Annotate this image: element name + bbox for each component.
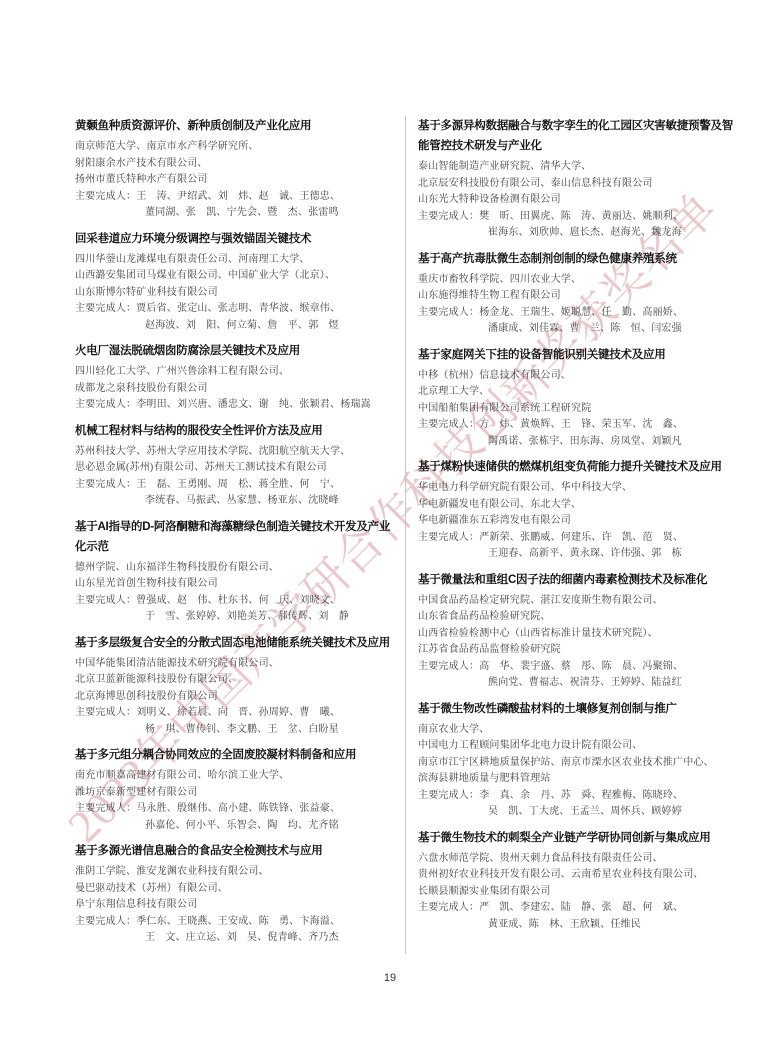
organization-line: 山东光大特种设备检测有限公司 — [418, 192, 737, 209]
award-entry: 基于煤粉快速储供的燃煤机组变负荷能力提升关键技术及应用华电电力科学研究院有限公司… — [418, 457, 737, 563]
organization-line: 思必恩金属(苏州)有限公司、苏州天工测试技术有限公司 — [75, 460, 394, 477]
organization-line: 南京农业大学、 — [418, 722, 737, 739]
organization-line: 六盘水师范学院、贵州天刺力食品科技有限责任公司、 — [418, 851, 737, 868]
contributors-line: 主要完成人：刘明义、徐若晨、向 晋、孙周婷、曹 曦、 — [75, 705, 394, 722]
organization-line: 中国食品药品检定研究院、湛江安度斯生物有限公司、 — [418, 593, 737, 610]
entry-title: 回采巷道应力环境分级调控与强效锚固关键技术 — [75, 229, 394, 249]
organization-line: 山东斯博尔特矿业科技有限公司 — [75, 285, 394, 302]
organization-line: 华电电力科学研究院有限公司、华中科技大学、 — [418, 480, 737, 497]
contributors-line: 主要完成人：李明田、刘兴唐、潘忠文、谢 纯、张颖君、杨瑞嵩 — [75, 397, 394, 414]
award-entry: 基于AI指导的D-阿洛酮糖和海藻糖绿色制造关键技术开发及产业化示范德州学院、山东… — [75, 517, 394, 626]
organization-line: 华电新疆发电有限公司、东北大学、 — [418, 497, 737, 514]
award-entry: 基于多层级复合安全的分散式固态电池储能系统关键技术及应用中国华能集团清洁能源技术… — [75, 633, 394, 739]
award-entry: 火电厂湿法脱硫烟囱防腐涂层关键技术及应用四川轻化工大学、广州兴鲁涂料工程有限公司… — [75, 341, 394, 414]
contributors-line: 潘康成、刘佳霖、曹 兰、陈 恒、闫宏强 — [418, 321, 737, 338]
entry-title: 基于AI指导的D-阿洛酮糖和海藻糖绿色制造关键技术开发及产业化示范 — [75, 517, 394, 557]
organization-line: 曼巴驱动技术（苏州）有限公司、 — [75, 881, 394, 898]
contributors-line: 主要完成人：方 炜、黄焕辉、王 锋、荣玉军、沈 鑫、 — [418, 417, 737, 434]
contributors-line: 陶禹诺、张栋宇、田东海、房凤堂、刘颖凡 — [418, 434, 737, 451]
organization-line: 淮阴工学院、淮安龙渊农业科技有限公司、 — [75, 864, 394, 881]
contributors-line: 主要完成人：王 涛、尹绍武、刘 炜、赵 诚、王德忠、 — [75, 189, 394, 206]
organization-line: 华电新疆准东五彩湾发电有限公司 — [418, 513, 737, 530]
organization-line: 长顺县顺源实业集团有限公司 — [418, 884, 737, 901]
entry-title: 基于家庭网关下挂的设备智能识别关键技术及应用 — [418, 345, 737, 365]
award-entry: 回采巷道应力环境分级调控与强效锚固关键技术四川华蓥山龙滩煤电有限责任公司、河南理… — [75, 229, 394, 335]
contributors-line: 赵海波、刘 阳、何立菊、詹 平、郭 煜 — [75, 318, 394, 335]
organization-line: 中移（杭州）信息技术有限公司、 — [418, 368, 737, 385]
organization-line: 滨海县耕地质量与肥料管理站 — [418, 771, 737, 788]
page-number: 19 — [0, 972, 780, 984]
organization-line: 重庆市畜牧科学院、四川农业大学、 — [418, 272, 737, 289]
contributors-line: 主要完成人：贾后省、张定山、张志明、青华波、缑章伟、 — [75, 301, 394, 318]
contributors-line: 孙嘉伦、何小平、乐智会、陶 均、尤齐铭 — [75, 818, 394, 835]
organization-line: 山东省食品药品检验研究院、 — [418, 609, 737, 626]
award-entry: 基于多源异构数据融合与数字孪生的化工园区灾害敏捷预警及智能管控技术研发与产业化泰… — [418, 116, 737, 242]
organization-line: 山东施得维特生物工程有限公司 — [418, 288, 737, 305]
organization-line: 中国电力工程顾问集团华北电力设计院有限公司、 — [418, 738, 737, 755]
award-entry: 基于微生物改性磷酸盐材料的土壤修复剂创制与推广南京农业大学、中国电力工程顾问集团… — [418, 699, 737, 821]
contributors-line: 王迎春、高新平、黄永琛、许伟强、郭 栋 — [418, 546, 737, 563]
left-column: 黄颡鱼种质资源评价、新种质创制及产业化应用南京师范大学、南京市水产科学研究所、射… — [75, 116, 406, 954]
organization-line: 贵州初好农业科技开发有限公司、云南希星农业科技有限公司、 — [418, 867, 737, 884]
entry-title: 基于煤粉快速储供的燃煤机组变负荷能力提升关键技术及应用 — [418, 457, 737, 477]
award-entry: 基于高产抗毒肽微生态制剂创制的绿色健康养殖系统重庆市畜牧科学院、四川农业大学、山… — [418, 249, 737, 338]
organization-line: 南京师范大学、南京市水产科学研究所、 — [75, 139, 394, 156]
contributors-line: 黄亚成、陈 林、王欣颖、任维民 — [418, 917, 737, 934]
entry-title: 基于高产抗毒肽微生态制剂创制的绿色健康养殖系统 — [418, 249, 737, 269]
contributors-line: 吴 凯、丁大虎、王孟兰、周怀兵、顾婷婷 — [418, 804, 737, 821]
entry-title: 火电厂湿法脱硫烟囱防腐涂层关键技术及应用 — [75, 341, 394, 361]
entry-title: 基于微生物技术的刺梨全产业链产学研协同创新与集成应用 — [418, 828, 737, 848]
organization-line: 射阳康余水产技术有限公司、 — [75, 156, 394, 173]
entry-title: 基于多层级复合安全的分散式固态电池储能系统关键技术及应用 — [75, 633, 394, 653]
contributors-line: 主要完成人：严 凯、李建宏、陆 静、张 超、何 斌、 — [418, 900, 737, 917]
award-entry: 黄颡鱼种质资源评价、新种质创制及产业化应用南京师范大学、南京市水产科学研究所、射… — [75, 116, 394, 222]
organization-line: 四川华蓥山龙滩煤电有限责任公司、河南理工大学、 — [75, 252, 394, 269]
organization-line: 潍坊京泰新型建材有限公司 — [75, 785, 394, 802]
contributors-line: 主要完成人：李 真、余 丹、苏 舜、程雅梅、陈晓玲、 — [418, 788, 737, 805]
contributors-line: 主要完成人：曾强成、赵 伟、杜东书、何 庆、刘晓文、 — [75, 593, 394, 610]
organization-line: 四川轻化工大学、广州兴鲁涂料工程有限公司、 — [75, 364, 394, 381]
contributors-line: 主要完成人：樊 昕、田翼虎、陈 涛、黄丽达、姚顺利、 — [418, 209, 737, 226]
contributors-line: 主要完成人：季仁东、王晓燕、王安成、陈 勇、卞海溢、 — [75, 914, 394, 931]
entry-title: 基于多源异构数据融合与数字孪生的化工园区灾害敏捷预警及智能管控技术研发与产业化 — [418, 116, 737, 156]
award-entry: 基于多元组分耦合协同效应的全固废胶凝材料制备和应用南充市顺嘉高建材有限公司、哈尔… — [75, 745, 394, 834]
award-entry: 基于微生物技术的刺梨全产业链产学研协同创新与集成应用六盘水师范学院、贵州天刺力食… — [418, 828, 737, 934]
contributors-line: 李统春、马振武、丛家慧、杨亚东、沈晓峰 — [75, 493, 394, 510]
contributors-line: 王 文、庄立运、刘 昊、倪青峰、齐乃杰 — [75, 930, 394, 947]
organization-line: 阜宁东翔信息科技有限公司 — [75, 897, 394, 914]
entry-title: 基于多源光谱信息融合的食品安全检测技术与应用 — [75, 841, 394, 861]
organization-line: 苏州科技大学、苏州大学应用技术学院、沈阳航空航天大学、 — [75, 444, 394, 461]
organization-line: 山西潞安集团司马煤业有限公司、中国矿业大学（北京）、 — [75, 268, 394, 285]
entry-title: 基于微量法和重组C因子法的细菌内毒素检测技术及标准化 — [418, 570, 737, 590]
organization-line: 山东星光首创生物科技有限公司 — [75, 576, 394, 593]
organization-line: 中国船舶集团有限公司系统工程研究院 — [418, 401, 737, 418]
organization-line: 北京理工大学、 — [418, 384, 737, 401]
contributors-line: 于 雪、张婷婷、刘艳美芳、郝传辉、刘 静 — [75, 609, 394, 626]
contributors-line: 主要完成人：严新荣、张鹏威、何建乐、许 凯、范 贤、 — [418, 530, 737, 547]
organization-line: 泰山智能制造产业研究院、清华大学、 — [418, 159, 737, 176]
award-entry: 基于家庭网关下挂的设备智能识别关键技术及应用中移（杭州）信息技术有限公司、北京理… — [418, 345, 737, 451]
content-columns: 黄颡鱼种质资源评价、新种质创制及产业化应用南京师范大学、南京市水产科学研究所、射… — [75, 116, 737, 954]
organization-line: 山西省检验检测中心（山西省标准计量技术研究院）、 — [418, 626, 737, 643]
contributors-line: 主要完成人：杨金龙、王瑞生、姬聪慧、任 勤、高丽娇、 — [418, 305, 737, 322]
organization-line: 江苏省食品药品监督检验研究院 — [418, 642, 737, 659]
organization-line: 成都龙之泉科技股份有限公司 — [75, 381, 394, 398]
document-page: 2023年中国产学研合作科技创新奖获奖名单 黄颡鱼种质资源评价、新种质创制及产业… — [0, 0, 780, 1050]
right-column: 基于多源异构数据融合与数字孪生的化工园区灾害敏捷预警及智能管控技术研发与产业化泰… — [406, 116, 737, 954]
entry-title: 基于多元组分耦合协同效应的全固废胶凝材料制备和应用 — [75, 745, 394, 765]
contributors-line: 崔海东、刘欣帅、扈长杰、赵海光、魏龙海 — [418, 225, 737, 242]
contributors-line: 主要完成人：高 华、裴宇盛、蔡 彤、陈 晨、冯聚锦、 — [418, 659, 737, 676]
contributors-line: 主要完成人：马永胜、殷继伟、高小建、陈铁锋、张益豪、 — [75, 801, 394, 818]
award-entry: 基于微量法和重组C因子法的细菌内毒素检测技术及标准化中国食品药品检定研究院、湛江… — [418, 570, 737, 692]
organization-line: 南京市江宁区耕地质量保护站、南京市溧水区农业技术推广中心、 — [418, 755, 737, 772]
organization-line: 北京海博思创科技股份有限公司 — [75, 689, 394, 706]
contributors-line: 杨 琪、曹传钊、李文鹏、王 坌、白盼星 — [75, 722, 394, 739]
organization-line: 德州学院、山东福洋生物科技股份有限公司、 — [75, 560, 394, 577]
organization-line: 扬州市董氏特种水产有限公司 — [75, 172, 394, 189]
award-entry: 机械工程材料与结构的服役安全性评价方法及应用苏州科技大学、苏州大学应用技术学院、… — [75, 421, 394, 510]
organization-line: 中国华能集团清洁能源技术研究院有限公司、 — [75, 656, 394, 673]
contributors-line: 董同湖、张 凯、宁先会、暨 杰、张雷鸣 — [75, 205, 394, 222]
entry-title: 机械工程材料与结构的服役安全性评价方法及应用 — [75, 421, 394, 441]
organization-line: 南充市顺嘉高建材有限公司、哈尔滨工业大学、 — [75, 768, 394, 785]
award-entry: 基于多源光谱信息融合的食品安全检测技术与应用淮阴工学院、淮安龙渊农业科技有限公司… — [75, 841, 394, 947]
entry-title: 基于微生物改性磷酸盐材料的土壤修复剂创制与推广 — [418, 699, 737, 719]
contributors-line: 主要完成人：王 磊、王勇刚、周 松、蒋全胜、何 宁、 — [75, 477, 394, 494]
contributors-line: 熊向党、曹福志、祝清芬、王婷婷、陆益红 — [418, 675, 737, 692]
organization-line: 北京辰安科技股份有限公司、泰山信息科技有限公司 — [418, 176, 737, 193]
organization-line: 北京卫蓝新能源科技股份有限公司、 — [75, 672, 394, 689]
entry-title: 黄颡鱼种质资源评价、新种质创制及产业化应用 — [75, 116, 394, 136]
